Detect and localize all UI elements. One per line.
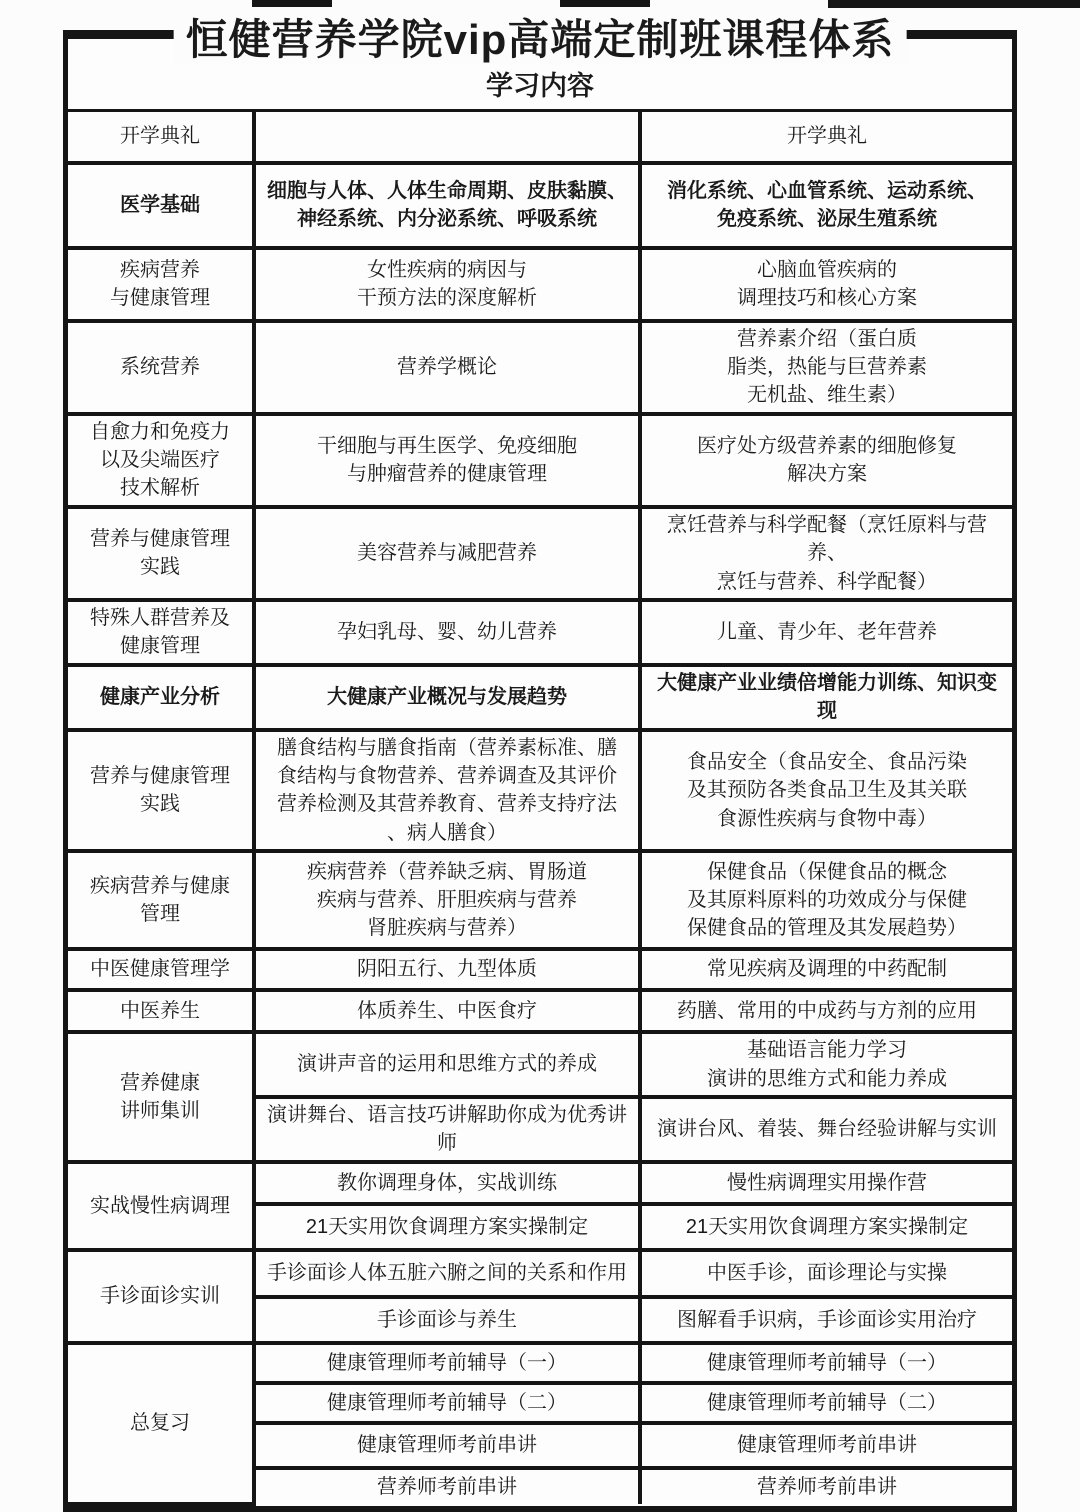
course-cell: 手诊面诊人体五脏六腑之间的关系和作用: [254, 1250, 640, 1297]
course-cell: 健康管理师考前辅导（一）: [640, 1343, 1012, 1359]
course-cell: 美容营养与减肥营养: [254, 507, 640, 600]
category-cell: 实战慢性病调理: [68, 1162, 254, 1250]
course-cell: 营养素介绍（蛋白质 脂类，热能与巨营养素 无机盐、维生素）: [640, 321, 1012, 414]
category-cell: 疾病营养与健康 管理: [68, 851, 254, 949]
course-cell: 开学典礼: [640, 111, 1012, 163]
category-cell: 营养与健康管理 实践: [68, 507, 254, 600]
table-row: 中医健康管理学 阴阳五行、九型体质 常见疾病及调理的中药配制: [68, 949, 1012, 990]
course-cell: 营养学概论: [254, 321, 640, 414]
category-cell: 自愈力和免疫力 以及尖端医疗 技术解析: [68, 414, 254, 507]
course-cell: 医疗处方级营养素的细胞修复 解决方案: [640, 414, 1012, 507]
course-cell: 膳食结构与膳食指南（营养素标准、膳 食结构与食物营养、营养调查及其评价 营养检测…: [254, 730, 640, 852]
table-row: 疾病营养 与健康管理 女性疾病的病因与 干预方法的深度解析 心脑血管疾病的 调理…: [68, 248, 1012, 321]
table-row: 营养健康 讲师集训 演讲声音的运用和思维方式的养成 基础语言能力学习 演讲的思维…: [68, 1032, 1012, 1097]
table-row: 自愈力和免疫力 以及尖端医疗 技术解析 干细胞与再生医学、免疫细胞 与肿瘤营养的…: [68, 414, 1012, 507]
course-cell: 慢性病调理实用操作营: [640, 1162, 1012, 1204]
course-cell: 演讲舞台、语言技巧讲解助你成为优秀讲师: [254, 1097, 640, 1162]
course-cell: 细胞与人体、人体生命周期、皮肤黏膜、 神经系统、内分泌系统、呼吸系统: [254, 163, 640, 248]
course-cell: 孕妇乳母、婴、幼儿营养: [254, 600, 640, 665]
page-title: 恒健营养学院vip高端定制班课程体系: [174, 15, 907, 65]
course-cell: 教你调理身体，实战训练: [254, 1162, 640, 1204]
curriculum-table: 开学典礼 开学典礼 医学基础 细胞与人体、人体生命周期、皮肤黏膜、 神经系统、内…: [68, 109, 1012, 1359]
course-cell: 药膳、常用的中成药与方剂的应用: [640, 990, 1012, 1032]
table-row: 疾病营养与健康 管理 疾病营养（营养缺乏病、胃肠道 疾病与营养、肝胆疾病与营养 …: [68, 851, 1012, 949]
course-cell: 烹饪营养与科学配餐（烹饪原料与营养、 烹饪与营养、科学配餐）: [640, 507, 1012, 600]
table-row: 医学基础 细胞与人体、人体生命周期、皮肤黏膜、 神经系统、内分泌系统、呼吸系统 …: [68, 163, 1012, 248]
course-cell: 图解看手识病，手诊面诊实用治疗: [640, 1297, 1012, 1343]
course-cell: 手诊面诊与养生: [254, 1297, 640, 1343]
category-cell: 总复习: [68, 1343, 254, 1359]
course-cell: 女性疾病的病因与 干预方法的深度解析: [254, 248, 640, 321]
course-cell: 体质养生、中医食疗: [254, 990, 640, 1032]
course-cell: 21天实用饮食调理方案实操制定: [254, 1204, 640, 1250]
cropped-text-artifact: [560, 0, 650, 7]
table-row: 实战慢性病调理 教你调理身体，实战训练 慢性病调理实用操作营: [68, 1162, 1012, 1204]
course-cell: 中医手诊，面诊理论与实操: [640, 1250, 1012, 1297]
course-cell: 儿童、青少年、老年营养: [640, 600, 1012, 665]
course-cell: 干细胞与再生医学、免疫细胞 与肿瘤营养的健康管理: [254, 414, 640, 507]
category-cell: 中医养生: [68, 990, 254, 1032]
table-row: 营养与健康管理 实践 美容营养与减肥营养 烹饪营养与科学配餐（烹饪原料与营养、 …: [68, 507, 1012, 600]
course-cell: 心脑血管疾病的 调理技巧和核心方案: [640, 248, 1012, 321]
cropped-text-artifact: [828, 0, 1080, 8]
cropped-text-artifact: [252, 0, 332, 7]
course-cell: 基础语言能力学习 演讲的思维方式和能力养成: [640, 1032, 1012, 1097]
curriculum-sheet: 恒健营养学院vip高端定制班课程体系 学习内容 开学典礼 开学典礼 医学基础 细…: [63, 30, 1017, 1359]
category-cell: 手诊面诊实训: [68, 1250, 254, 1343]
course-cell: 食品安全（食品安全、食品污染 及其预防各类食品卫生及其关联 食源性疾病与食物中毒…: [640, 730, 1012, 852]
course-cell: 常见疾病及调理的中药配制: [640, 949, 1012, 990]
category-cell: 营养与健康管理 实践: [68, 730, 254, 852]
course-cell: 保健食品（保健食品的概念 及其原料原料的功效成分与保健 保健食品的管理及其发展趋…: [640, 851, 1012, 949]
table-row: 特殊人群营养及 健康管理 孕妇乳母、婴、幼儿营养 儿童、青少年、老年营养: [68, 600, 1012, 665]
course-cell: 消化系统、心血管系统、运动系统、 免疫系统、泌尿生殖系统: [640, 163, 1012, 248]
course-cell: 21天实用饮食调理方案实操制定: [640, 1204, 1012, 1250]
table-row: 手诊面诊实训 手诊面诊人体五脏六腑之间的关系和作用 中医手诊，面诊理论与实操: [68, 1250, 1012, 1297]
table-row: 营养与健康管理 实践 膳食结构与膳食指南（营养素标准、膳 食结构与食物营养、营养…: [68, 730, 1012, 852]
course-cell: 演讲声音的运用和思维方式的养成: [254, 1032, 640, 1097]
course-cell: [254, 111, 640, 163]
table-row: 总复习 健康管理师考前辅导（一） 健康管理师考前辅导（一）: [68, 1343, 1012, 1359]
category-cell: 开学典礼: [68, 111, 254, 163]
category-cell: 系统营养: [68, 321, 254, 414]
course-cell: 健康管理师考前辅导（一）: [254, 1343, 640, 1359]
table-row: 健康产业分析 大健康产业概况与发展趋势 大健康产业业绩倍增能力训练、知识变现: [68, 665, 1012, 730]
course-cell: 疾病营养（营养缺乏病、胃肠道 疾病与营养、肝胆疾病与营养 肾脏疾病与营养）: [254, 851, 640, 949]
page-subtitle: 学习内容: [68, 71, 1012, 105]
table-row: 开学典礼 开学典礼: [68, 111, 1012, 163]
course-cell: 阴阳五行、九型体质: [254, 949, 640, 990]
table-row: 系统营养 营养学概论 营养素介绍（蛋白质 脂类，热能与巨营养素 无机盐、维生素）: [68, 321, 1012, 414]
course-cell: 演讲台风、着装、舞台经验讲解与实训: [640, 1097, 1012, 1162]
course-cell: 大健康产业概况与发展趋势: [254, 665, 640, 730]
course-cell: 大健康产业业绩倍增能力训练、知识变现: [640, 665, 1012, 730]
category-cell: 中医健康管理学: [68, 949, 254, 990]
category-cell: 医学基础: [68, 163, 254, 248]
table-row: 中医养生 体质养生、中医食疗 药膳、常用的中成药与方剂的应用: [68, 990, 1012, 1032]
category-cell: 特殊人群营养及 健康管理: [68, 600, 254, 665]
category-cell: 疾病营养 与健康管理: [68, 248, 254, 321]
category-cell: 营养健康 讲师集训: [68, 1032, 254, 1162]
category-cell: 健康产业分析: [68, 665, 254, 730]
